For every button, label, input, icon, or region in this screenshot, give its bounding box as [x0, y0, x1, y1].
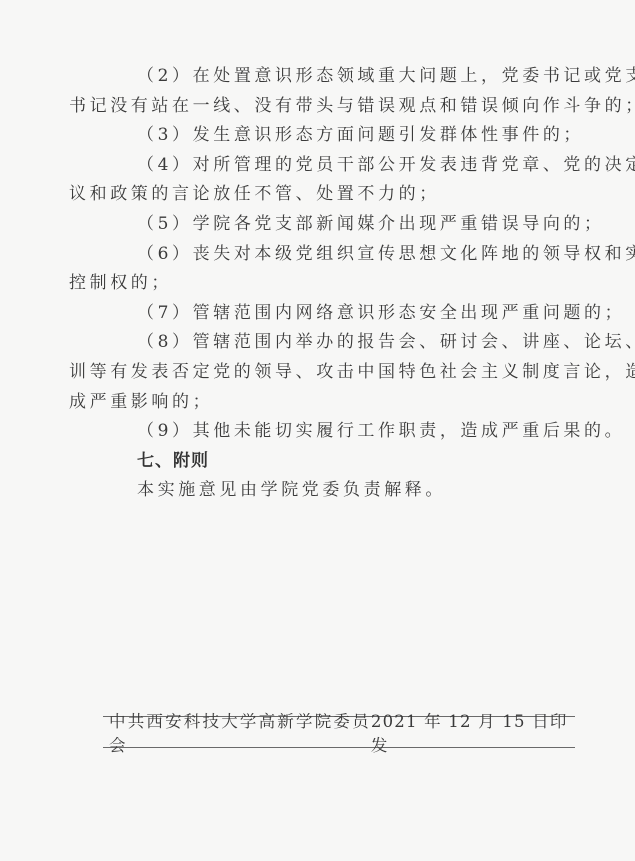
list-item-4: （4）对所管理的党员干部公开发表违背党章、党的决定决 议和政策的言论放任不管、处… — [103, 151, 577, 210]
item-2-line-2: 书记没有站在一线、没有带头与错误观点和错误倾向作斗争的； — [69, 92, 577, 122]
issuance-footer: 中共西安科技大学高新学院委员会 2021 年 12 月 15 日印发 — [103, 716, 575, 748]
list-item-2: （2）在处置意识形态领域重大问题上，党委书记或党支部 书记没有站在一线、没有带头… — [103, 62, 577, 121]
issue-date: 2021 年 12 月 15 日印发 — [371, 708, 575, 756]
item-3-line-1: （3）发生意识形态方面问题引发群体性事件的； — [103, 121, 577, 151]
list-item-9: （9）其他未能切实履行工作职责，造成严重后果的。 — [103, 417, 577, 447]
item-7-line-1: （7）管辖范围内网络意识形态安全出现严重问题的； — [103, 299, 577, 329]
list-item-6: （6）丧失对本级党组织宣传思想文化阵地的领导权和实际 控制权的； — [103, 240, 577, 299]
item-8-line-2: 训等有发表否定党的领导、攻击中国特色社会主义制度言论，造 — [69, 358, 577, 388]
list-item-7: （7）管辖范围内网络意识形态安全出现严重问题的； — [103, 299, 577, 329]
item-4-line-2: 议和政策的言论放任不管、处置不力的； — [69, 180, 577, 210]
issuing-organization: 中共西安科技大学高新学院委员会 — [103, 708, 371, 756]
list-item-3: （3）发生意识形态方面问题引发群体性事件的； — [103, 121, 577, 151]
item-6-line-2: 控制权的； — [69, 269, 577, 299]
item-4-line-1: （4）对所管理的党员干部公开发表违背党章、党的决定决 — [103, 151, 577, 181]
list-item-8: （8）管辖范围内举办的报告会、研讨会、讲座、论坛、培 训等有发表否定党的领导、攻… — [103, 328, 577, 417]
section-heading: 七、附则 — [103, 447, 577, 477]
list-item-5: （5）学院各党支部新闻媒介出现严重错误导向的； — [103, 210, 577, 240]
closing-paragraph: 本实施意见由学院党委负责解释。 — [103, 476, 577, 506]
item-2-line-1: （2）在处置意识形态领域重大问题上，党委书记或党支部 — [103, 62, 577, 92]
item-6-line-1: （6）丧失对本级党组织宣传思想文化阵地的领导权和实际 — [103, 240, 577, 270]
closing-line: 本实施意见由学院党委负责解释。 — [103, 476, 577, 506]
document-body: （2）在处置意识形态领域重大问题上，党委书记或党支部 书记没有站在一线、没有带头… — [103, 62, 577, 506]
item-9-line-1: （9）其他未能切实履行工作职责，造成严重后果的。 — [103, 417, 577, 447]
item-8-line-1: （8）管辖范围内举办的报告会、研讨会、讲座、论坛、培 — [103, 328, 577, 358]
item-8-line-3: 成严重影响的； — [69, 388, 577, 418]
item-5-line-1: （5）学院各党支部新闻媒介出现严重错误导向的； — [103, 210, 577, 240]
